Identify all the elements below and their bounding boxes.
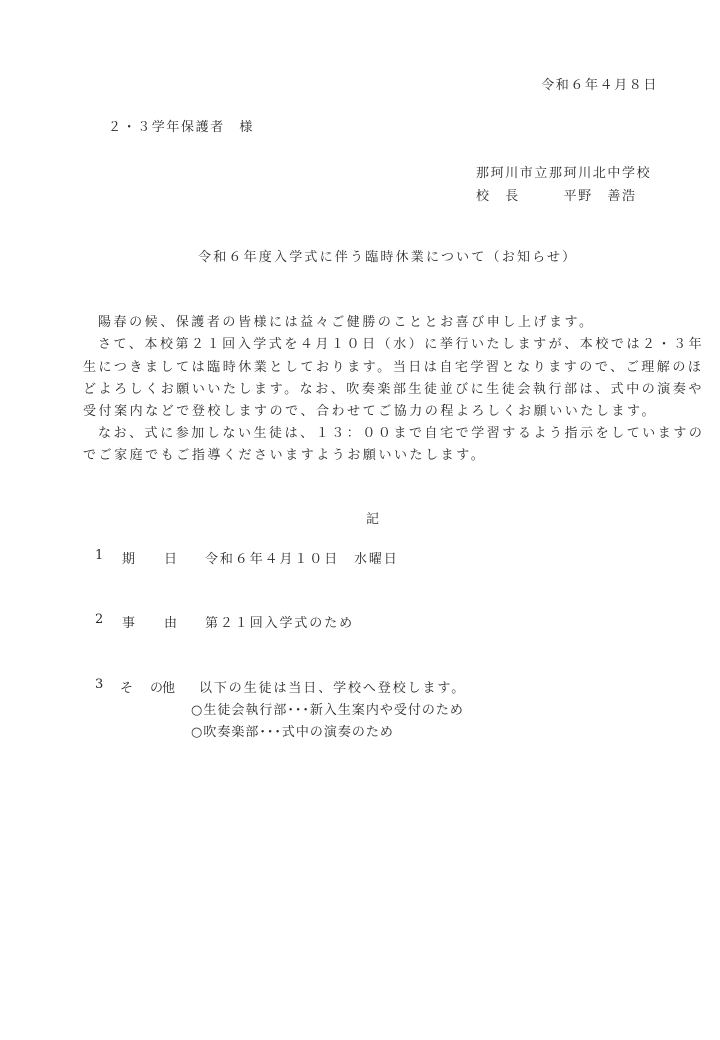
addressee: ２・３学年保護者 様 xyxy=(108,116,254,135)
item-label-b: 日 xyxy=(164,548,177,567)
item-number: 2 xyxy=(95,612,103,627)
sender-school: 那珂川市立那珂川北中学校 xyxy=(476,162,651,181)
item-label-a: 期 xyxy=(122,548,135,567)
item-value: 以下の生徒は当日、学校へ登校します。 xyxy=(199,677,466,696)
item-sub: ○吹奏楽部･･･式中の演奏のため xyxy=(191,721,394,740)
item-number: 1 xyxy=(95,548,103,563)
body-line: でご家庭でもご指導くださいますようお願いいたします。 xyxy=(83,444,486,463)
body-line: どよろしくお願いいたします。なお、吹奏楽部生徒並びに生徒会執行部は、式中の演奏や xyxy=(83,378,704,397)
item-label-a: そ の xyxy=(120,677,165,696)
body-line: なお、式に参加しない生徒は、１３：００まで自宅で学習するよう指示をしていますの xyxy=(98,422,704,441)
item-label-a: 事 xyxy=(122,612,135,631)
issue-date: 令和６年４月８日 xyxy=(541,74,658,93)
body-line: さて、本校第２１回入学式を４月１０日（水）に挙行いたしますが、本校では２・３年 xyxy=(98,333,704,352)
item-value: 令和６年４月１０日 水曜日 xyxy=(205,548,399,567)
item-number: 3 xyxy=(95,677,103,692)
item-sub: ○生徒会執行部･･･新入生案内や受付のため xyxy=(191,699,464,718)
document-title: 令和６年度入学式に伴う臨時休業について（お知らせ） xyxy=(198,246,577,265)
body-line: 陽春の候、保護者の皆様には益々ご健勝のこととお喜び申し上げます。 xyxy=(98,311,595,330)
ki-heading: 記 xyxy=(366,508,381,527)
sender-principal: 校 長 平野 善浩 xyxy=(476,185,637,204)
body-line: 生につきましては臨時休業としております。当日は自宅学習となりますので、ご理解のほ xyxy=(83,356,703,375)
item-value: 第２１回入学式のため xyxy=(205,612,354,631)
body-line: 受付案内などで登校しますので、合わせてご協力の程よろしくお願いいたします。 xyxy=(83,400,657,419)
item-label-b: 他 xyxy=(162,677,175,696)
item-label-b: 由 xyxy=(164,612,177,631)
